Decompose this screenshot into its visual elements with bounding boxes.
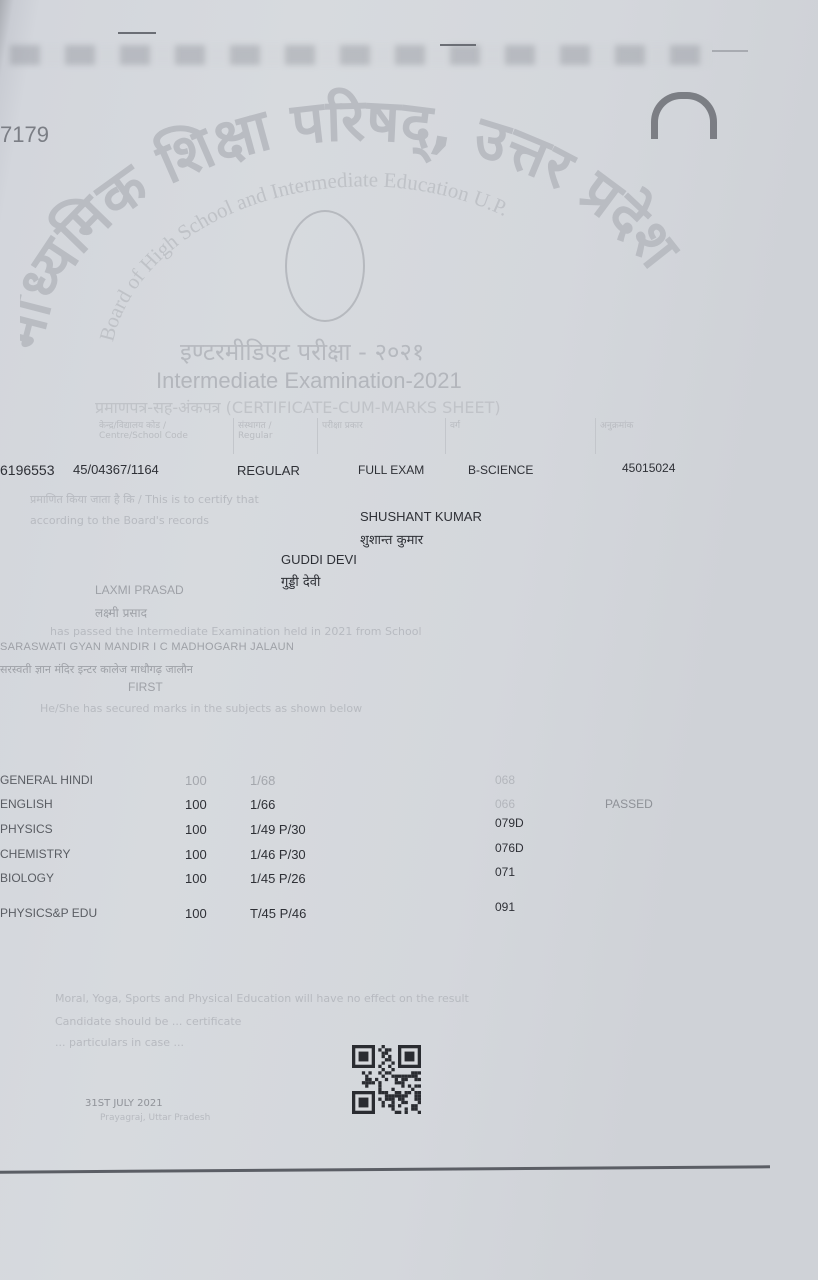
exam-type: FULL EXAM: [358, 463, 424, 477]
exam-title-english: Intermediate Examination-2021: [156, 368, 462, 394]
total-marks: 068: [495, 773, 515, 787]
mother-name-en: GUDDI DEVI: [281, 552, 357, 567]
candidate-type: REGULAR: [237, 463, 300, 478]
school-name-hi: सरस्वती ज्ञान मंदिर इन्टर कालेज माधौगढ़ …: [0, 662, 193, 677]
division: FIRST: [128, 680, 163, 694]
max-marks: 100: [185, 797, 207, 812]
max-marks: 100: [185, 871, 207, 886]
subject-name: PHYSICS&P EDU: [0, 906, 97, 920]
footer-note: Candidate should be ... certificate: [55, 1015, 241, 1028]
total-marks: 091: [495, 900, 515, 914]
table-header: केन्द्र/विद्यालय कोड / Centre/School Cod…: [95, 418, 715, 454]
records-text: according to the Board's records: [30, 514, 209, 527]
issue-place: Prayagraj, Uttar Pradesh: [100, 1113, 210, 1123]
emblem-seal: [285, 210, 365, 322]
max-marks: 100: [185, 906, 207, 921]
school-name-en: SARASWATI GYAN MANDIR I C MADHOGARH JALA…: [0, 641, 294, 653]
father-name-hi: लक्ष्मी प्रसाद: [95, 604, 147, 621]
scan-mark: [712, 50, 748, 52]
passed-text: has passed the Intermediate Examination …: [50, 625, 422, 638]
group: B-SCIENCE: [468, 463, 533, 477]
total-marks: 076D: [495, 841, 524, 855]
footer-note: Moral, Yoga, Sports and Physical Educati…: [55, 992, 469, 1005]
roll-fragment: 6196553: [0, 462, 55, 478]
scan-smudge: [10, 45, 710, 65]
max-marks: 100: [185, 847, 207, 862]
header-cell: संस्थागत / Regular: [233, 418, 308, 454]
candidate-number: 45015024: [622, 461, 675, 475]
exam-title-hindi: इण्टरमीडिएट परीक्षा - २०२१: [180, 335, 424, 368]
remark: PASSED: [605, 797, 653, 811]
total-marks: 071: [495, 865, 515, 879]
mother-name-hi: गुड्डी देवी: [281, 572, 320, 590]
max-marks: 100: [185, 773, 207, 788]
subject-name: CHEMISTRY: [0, 847, 70, 861]
centre-school-code: 45/04367/1164: [73, 462, 159, 477]
candidate-name-en: SHUSHANT KUMAR: [360, 509, 482, 524]
subject-name: PHYSICS: [0, 822, 53, 836]
obtained-marks: 1/46 P/30: [250, 847, 306, 862]
certify-text: प्रमाणित किया जाता है कि / This is to ce…: [30, 492, 259, 507]
sheet-subtitle: प्रमाणपत्र-सह-अंकपत्र (CERTIFICATE-CUM-M…: [95, 396, 501, 418]
scan-mark: [118, 32, 156, 34]
marks-caption: He/She has secured marks in the subjects…: [40, 702, 362, 715]
qr-code: [352, 1045, 421, 1114]
subject-name: BIOLOGY: [0, 871, 54, 885]
subject-name: ENGLISH: [0, 797, 53, 811]
header-cell: अनुक्रमांक: [595, 418, 700, 454]
scan-mark: [440, 44, 476, 46]
obtained-marks: 1/49 P/30: [250, 822, 306, 837]
obtained-marks: T/45 P/46: [250, 906, 306, 921]
header-cell: केन्द्र/विद्यालय कोड / Centre/School Cod…: [95, 418, 224, 454]
issue-date: 31ST JULY 2021: [85, 1098, 163, 1109]
obtained-marks: 1/66: [250, 797, 275, 812]
total-marks: 066: [495, 797, 515, 811]
candidate-name-hi: शुशान्त कुमार: [360, 530, 423, 548]
header-cell: परीक्षा प्रकार: [317, 418, 392, 454]
obtained-marks: 1/45 P/26: [250, 871, 306, 886]
total-marks: 079D: [495, 816, 524, 830]
header-cell: वर्ग: [445, 418, 540, 454]
footer-note: ... particulars in case ...: [55, 1036, 184, 1049]
page-edge-rule: [0, 1165, 770, 1173]
obtained-marks: 1/68: [250, 773, 275, 788]
photo-fragment: [651, 92, 717, 139]
max-marks: 100: [185, 822, 207, 837]
subject-name: GENERAL HINDI: [0, 773, 93, 787]
father-name-en: LAXMI PRASAD: [95, 583, 184, 597]
